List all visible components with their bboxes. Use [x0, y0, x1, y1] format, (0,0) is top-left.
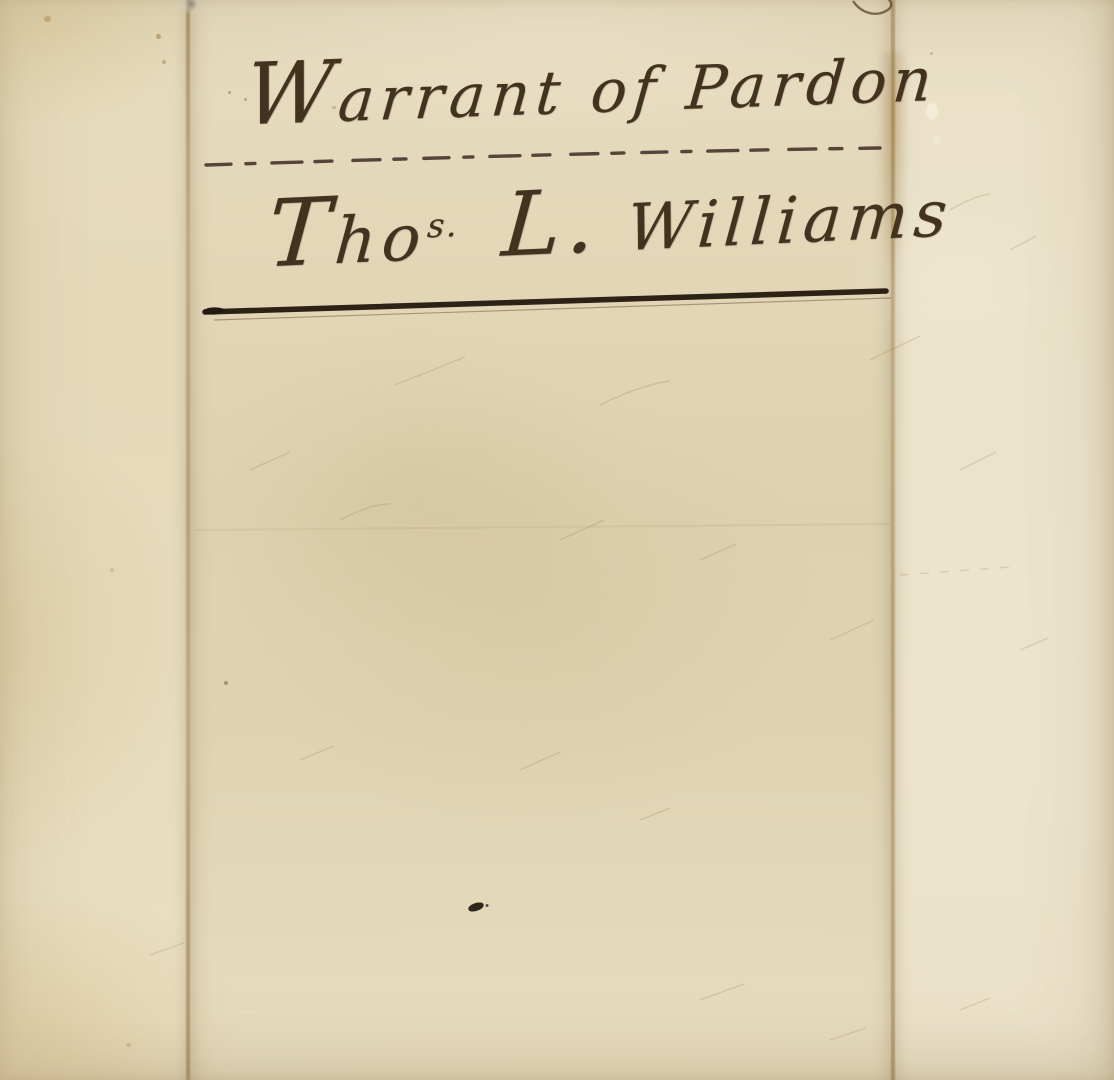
name-prefix: Tho: [264, 173, 432, 289]
ink-blot: [467, 899, 489, 913]
name-rest: L. Williams: [499, 153, 958, 277]
flourish-fragment: [853, 0, 891, 14]
faint-horizontal-crease: [195, 524, 890, 530]
ghost-writing-strokes: [150, 194, 1048, 1040]
name-superscript: s.: [426, 205, 461, 246]
document-photo: Warrant of Pardon Thos.L. Williams: [0, 0, 1114, 1080]
